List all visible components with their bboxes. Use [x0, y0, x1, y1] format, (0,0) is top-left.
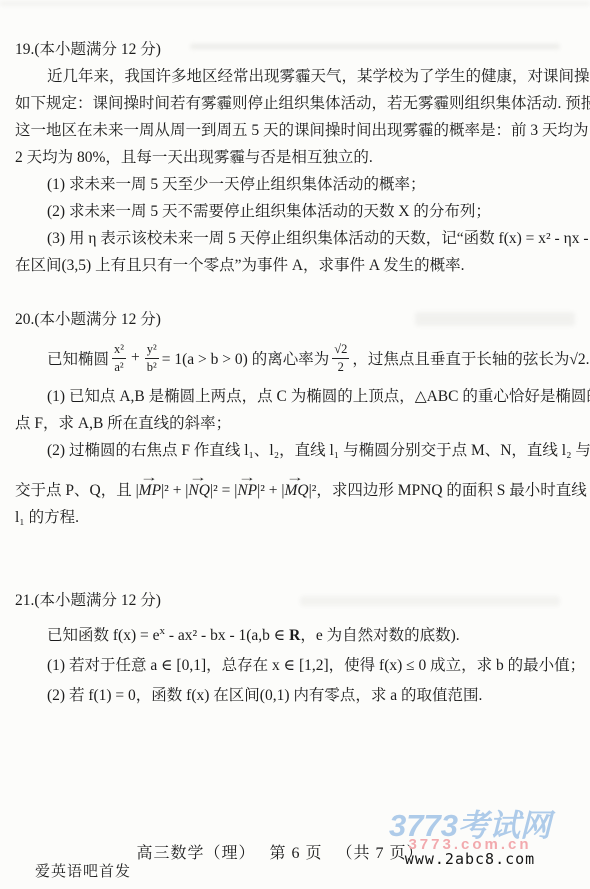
fraction-y2-b2: y² b² [145, 342, 159, 374]
problem-19-line: 这一地区在未来一周从周一到周五 5 天的课间操时间出现雾霾的概率是：前 3 天均… [15, 117, 580, 144]
vector-arrow-icon: → [286, 464, 304, 491]
vector-arrow-icon: → [238, 464, 256, 491]
vector-arrow-icon: → [189, 464, 207, 491]
vector-line-prefix: 交于点 P、Q，且 | [15, 482, 139, 499]
credit-text: 爱英语吧首发 [35, 860, 131, 881]
problem-20-q1: (1) 已知点 A,B 是椭圆上两点，点 C 为椭圆的上顶点，△ABC 的重心恰… [15, 383, 580, 410]
formula-mid: = 1(a > b > 0) 的离心率为 [162, 347, 329, 369]
vector-line-suffix: |²，求四边形 MPNQ 的面积 S 最小时直线 [309, 482, 587, 499]
problem-20-line: l₁ 的方程. [15, 504, 580, 531]
problem-20-q2: (2) 过椭圆的右焦点 F 作直线 l₁、l₂，直线 l₁ 与椭圆分别交于点 M… [15, 437, 580, 464]
vector-MQ: →MQ [285, 477, 309, 504]
vector-NQ: →NQ [188, 477, 210, 504]
problem-19-line: 在区间(3,5) 上有且只有一个零点”为事件 A，求事件 A 发生的概率. [15, 252, 580, 279]
fraction-x2-a2: x² a² [112, 342, 126, 374]
problem-21-q1: (1) 若对于任意 a ∈ [0,1]，总存在 x ∈ [1,2]，使得 f(x… [15, 651, 580, 681]
problem-19-line: 如下规定：课间操时间若有雾霾则停止组织集体活动，若无雾霾则组织集体活动. 预报得… [15, 90, 580, 117]
vector-equation-line: 交于点 P、Q，且 |→MP|² + |→NQ|² = |→NP|² + |→M… [15, 464, 580, 504]
problem-21-q2: (2) 若 f(1) = 0，函数 f(x) 在区间(0,1) 内有零点，求 a… [15, 681, 580, 711]
plus-operator: + [131, 349, 140, 367]
watermark: 3773考试网 3773.com.cn www.2abc8.com [354, 810, 586, 868]
problem-19-q3: (3) 用 η 表示该校未来一周 5 天停止组织集体活动的天数，记“函数 f(x… [15, 225, 580, 252]
problem-19-q2: (2) 求未来一周 5 天不需要停止组织集体活动的天数 X 的分布列； [15, 198, 580, 225]
problem-19: 19.(本小题满分 12 分) 近几年来，我国许多地区经常出现雾霾天气，某学校为… [15, 36, 580, 279]
function-definition-line: 已知函数 f(x) = ex - ax² - bx - 1(a,b ∈ R，e … [15, 616, 580, 651]
ellipse-equation: 已知椭圆 x² a² + y² b² = 1(a > b > 0) 的离心率为 … [15, 333, 580, 383]
problem-19-line: 2 天均为 80%，且每一天出现雾霾与否是相互独立的. [15, 144, 580, 171]
problem-20-heading: 20.(本小题满分 12 分) [15, 306, 580, 333]
scan-artifact [0, 2, 590, 5]
exam-page: 19.(本小题满分 12 分) 近几年来，我国许多地区经常出现雾霾天气，某学校为… [0, 0, 590, 889]
problem-20-line: 点 F，求 A,B 所在直线的斜率； [15, 410, 580, 437]
formula-intro: 已知椭圆 [47, 347, 109, 369]
formula-tail: ，过焦点且垂直于长轴的弦长为√2. [352, 347, 589, 369]
vector-NP: →NP [237, 477, 257, 504]
problem-19-heading: 19.(本小题满分 12 分) [15, 36, 580, 63]
vector-arrow-icon: → [140, 464, 158, 491]
problem-21-heading: 21.(本小题满分 12 分) [15, 586, 580, 616]
vector-MP: →MP [139, 477, 161, 504]
fraction-sqrt2-2: √2 2 [332, 342, 349, 374]
watermark-url: www.2abc8.com [354, 850, 586, 868]
problem-20: 20.(本小题满分 12 分) 已知椭圆 x² a² + y² b² = 1(a… [15, 306, 580, 531]
problem-19-q1: (1) 求未来一周 5 天至少一天停止组织集体活动的概率； [15, 171, 580, 198]
problem-19-line: 近几年来，我国许多地区经常出现雾霾天气，某学校为了学生的健康，对课间操活动做了 [15, 63, 580, 90]
real-number-set-symbol: R [289, 627, 300, 644]
problem-21: 21.(本小题满分 12 分) 已知函数 f(x) = ex - ax² - b… [15, 586, 580, 711]
